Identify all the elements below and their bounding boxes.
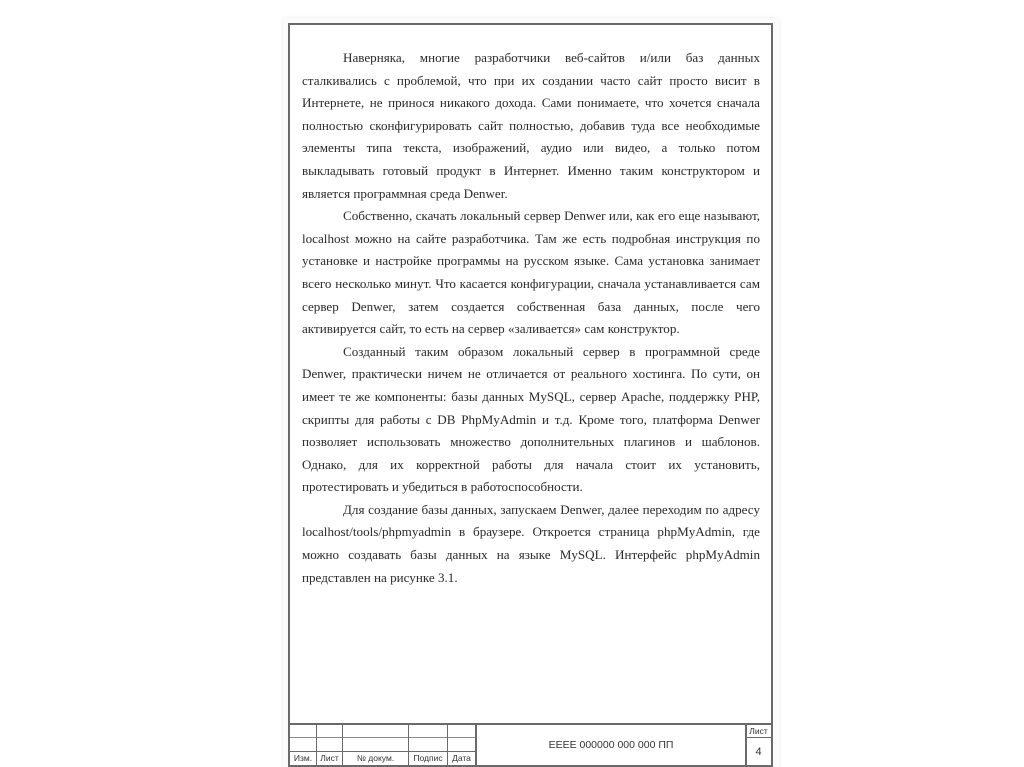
document-code: ЕЕЕЕ 000000 000 000 ПП xyxy=(476,725,746,765)
paragraph: Для создание базы данных, запускаем Denw… xyxy=(302,499,760,589)
sheet-label: Лист xyxy=(746,725,771,737)
paragraph: Созданный таким образом локальный сервер… xyxy=(302,341,760,499)
col-label-izm: Изм. xyxy=(290,753,316,764)
col-label-date: Дата xyxy=(448,753,475,764)
col-label-signature: Подпис xyxy=(409,753,447,764)
title-block-row-divider xyxy=(290,737,476,738)
document-page-frame: Наверняка, многие разработчики веб-сайто… xyxy=(288,23,773,767)
paragraph: Собственно, скачать локальный сервер Den… xyxy=(302,205,760,341)
title-block-row-divider xyxy=(290,751,476,752)
sheet-number: 4 xyxy=(746,738,771,765)
col-label-list: Лист xyxy=(317,753,342,764)
paragraph: Наверняка, многие разработчики веб-сайто… xyxy=(302,47,760,205)
title-block: Изм. Лист № докум. Подпис Дата ЕЕЕЕ 0000… xyxy=(290,723,771,765)
document-body: Наверняка, многие разработчики веб-сайто… xyxy=(302,47,760,589)
col-label-doc-number: № докум. xyxy=(343,753,408,764)
